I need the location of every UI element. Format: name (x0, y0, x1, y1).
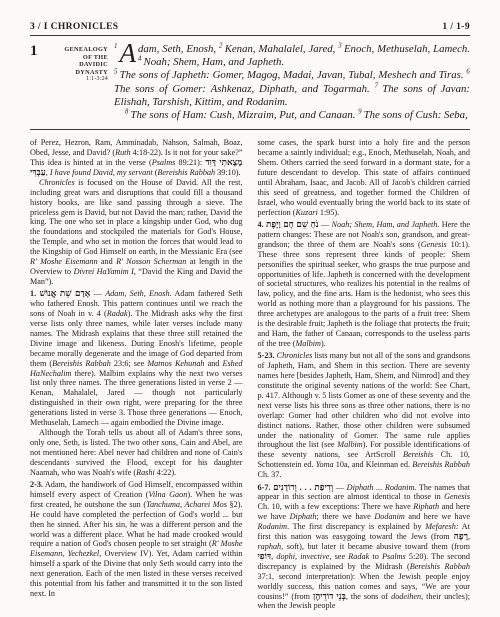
commentary: of Perez, Hezron, Ram, Amminadab, Nahson… (30, 138, 470, 611)
commentary-paragraph: 4. נֹחַ שֵׁם חָם וָיָפֶת — Noah; Shem, H… (258, 220, 471, 349)
header-chapter-verses: 1 / 1-9 (442, 22, 470, 32)
margin-label-range: 1:1-3:24 (56, 76, 108, 84)
commentary-paragraph: 1. אָדָם שֵׁת אֱנוֹשׁ — Adam, Seth, Enos… (30, 289, 243, 428)
header-rule (30, 35, 470, 36)
commentary-paragraph: Although the Torah tells us about all of… (30, 428, 243, 478)
page-header: 3 / I CHRONICLES 1 / 1-9 (30, 22, 470, 32)
section-divider-rule (30, 129, 470, 130)
verse-text: 1 Adam, Seth, Enosh, 2 Kenan, Mahalalel,… (108, 43, 470, 122)
verse-paragraph: 5 The sons of Japheth: Gomer, Magog, Mad… (114, 69, 470, 109)
margin-label: GENEALOGYOF THEDAVIDICDYNASTY 1:1-3:24 (56, 43, 108, 122)
header-book-title: 3 / I CHRONICLES (30, 22, 119, 32)
verse-section: 1 GENEALOGYOF THEDAVIDICDYNASTY 1:1-3:24… (30, 43, 470, 122)
commentary-paragraph: 2-3. Adam, the handiwork of God Himself,… (30, 480, 243, 599)
margin-label-lines: GENEALOGYOF THEDAVIDICDYNASTY (56, 46, 108, 76)
commentary-paragraph: 6-7. וְדִיפַת . . . וְרוֹדָנִים — Diphat… (258, 483, 471, 612)
commentary-paragraph: 5-23. Chronicles lists many but not all … (258, 351, 471, 480)
commentary-paragraph: Chronicles is focused on the House of Da… (30, 178, 243, 287)
margin-label-line: OF THE (56, 54, 108, 62)
margin-label-line: DAVIDIC (56, 61, 108, 69)
book-page: 3 / I CHRONICLES 1 / 1-9 1 GENEALOGYOF T… (0, 0, 500, 617)
verse-paragraph: 1 Adam, Seth, Enosh, 2 Kenan, Mahalalel,… (114, 43, 470, 69)
margin-label-line: GENEALOGY (56, 46, 108, 54)
commentary-right-column: some cases, the spark burst into a holy … (258, 138, 471, 611)
chapter-number: 1 (30, 43, 56, 122)
verse-paragraph: 8 The sons of Ham: Cush, Mizraim, Put, a… (114, 109, 470, 122)
verse-number: 6 (466, 69, 470, 76)
commentary-left-column: of Perez, Hezron, Ram, Amminadab, Nahson… (30, 138, 243, 611)
margin-label-line: DYNASTY (56, 69, 108, 77)
commentary-paragraph: some cases, the spark burst into a holy … (258, 138, 471, 217)
drop-cap: 1 A (114, 43, 138, 66)
commentary-paragraph: of Perez, Hezron, Ram, Amminadab, Nahson… (30, 138, 243, 178)
